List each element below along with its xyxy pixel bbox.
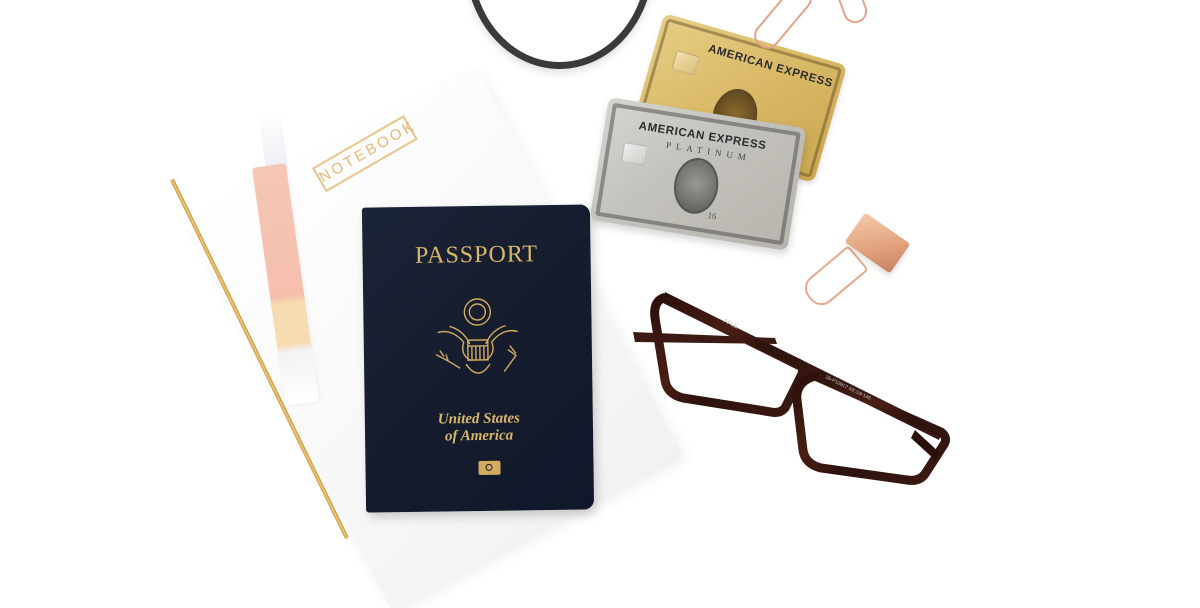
platinum-card-number: 16 — [707, 210, 717, 221]
centurion-portrait-icon — [670, 155, 722, 217]
eagle-seal-icon — [429, 293, 526, 394]
passport: PASSPORT United States of America — [362, 204, 594, 512]
paperclip-icon — [829, 0, 870, 26]
passport-country: United States of America — [365, 409, 593, 446]
eyeglasses: PPLE 35-P10917 53□18-145 — [625, 280, 955, 485]
gold-card-brand: AMERICAN EXPRESS — [707, 43, 834, 90]
passport-title: PASSPORT — [362, 240, 590, 270]
paperclip-icon — [749, 0, 816, 54]
card-chip-icon — [621, 142, 648, 166]
card-chip-icon — [671, 50, 700, 76]
passport-country-line2: of America — [365, 426, 593, 446]
magnifier-ring — [465, 0, 654, 69]
biometric-chip-icon — [478, 461, 500, 475]
